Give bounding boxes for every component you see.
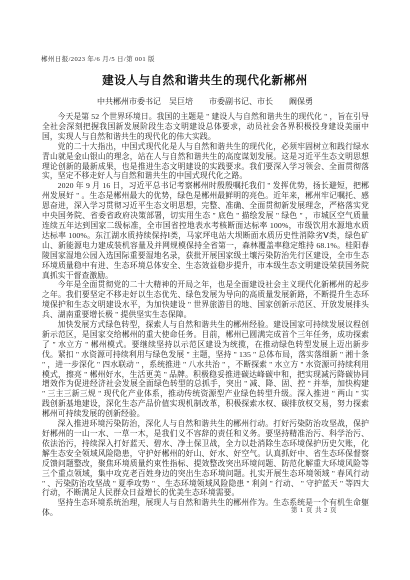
- article-body: 今天是第 52 个世界环境日。我国的主题是 " 建设人与自然和谐共生的现代化 "…: [42, 112, 369, 518]
- article-paragraph-1: 今天是第 52 个世界环境日。我国的主题是 " 建设人与自然和谐共生的现代化 "…: [42, 112, 369, 142]
- article-title: 建设人与自然和谐共生的现代化新郴州: [0, 72, 410, 88]
- article-paragraph-4: 今年是全面贯彻党的二十大精神的开局之年，也是全面建设社会主义现代化新郴州的起步之…: [42, 280, 369, 320]
- page-number: 第 1 页 共 2 页: [291, 505, 337, 514]
- article-byline: 中共郴州市委书记 吴巨培 市委副书记、市长 阚保勇: [0, 96, 410, 107]
- article-paragraph-3: 2020 年 9 月 16 日，习近平总书记考察郴州时殷殷嘱托我们 " 发挥优势…: [42, 181, 369, 280]
- article-paragraph-5: 加快发展方式绿色转型，探索人与自然和谐共生的郴州经验。建设国家可持续发展议程创新…: [42, 320, 369, 419]
- document-page: 郴州日报/2023 年/6 月/5 日/第 001 版 建设人与自然和谐共生的现…: [0, 0, 410, 580]
- article-paragraph-2: 党的二十大指出，中国式现代化是人与自然和谐共生的现代化，必须牢固树立和践行绿水青…: [42, 142, 369, 182]
- article-paragraph-6: 深入推进环境污染防治，深化人与自然和谐共生的郴州行动。打好污染防治攻坚战，保护好…: [42, 419, 369, 498]
- newspaper-masthead: 郴州日报/2023 年/6 月/5 日/第 001 版: [41, 54, 155, 63]
